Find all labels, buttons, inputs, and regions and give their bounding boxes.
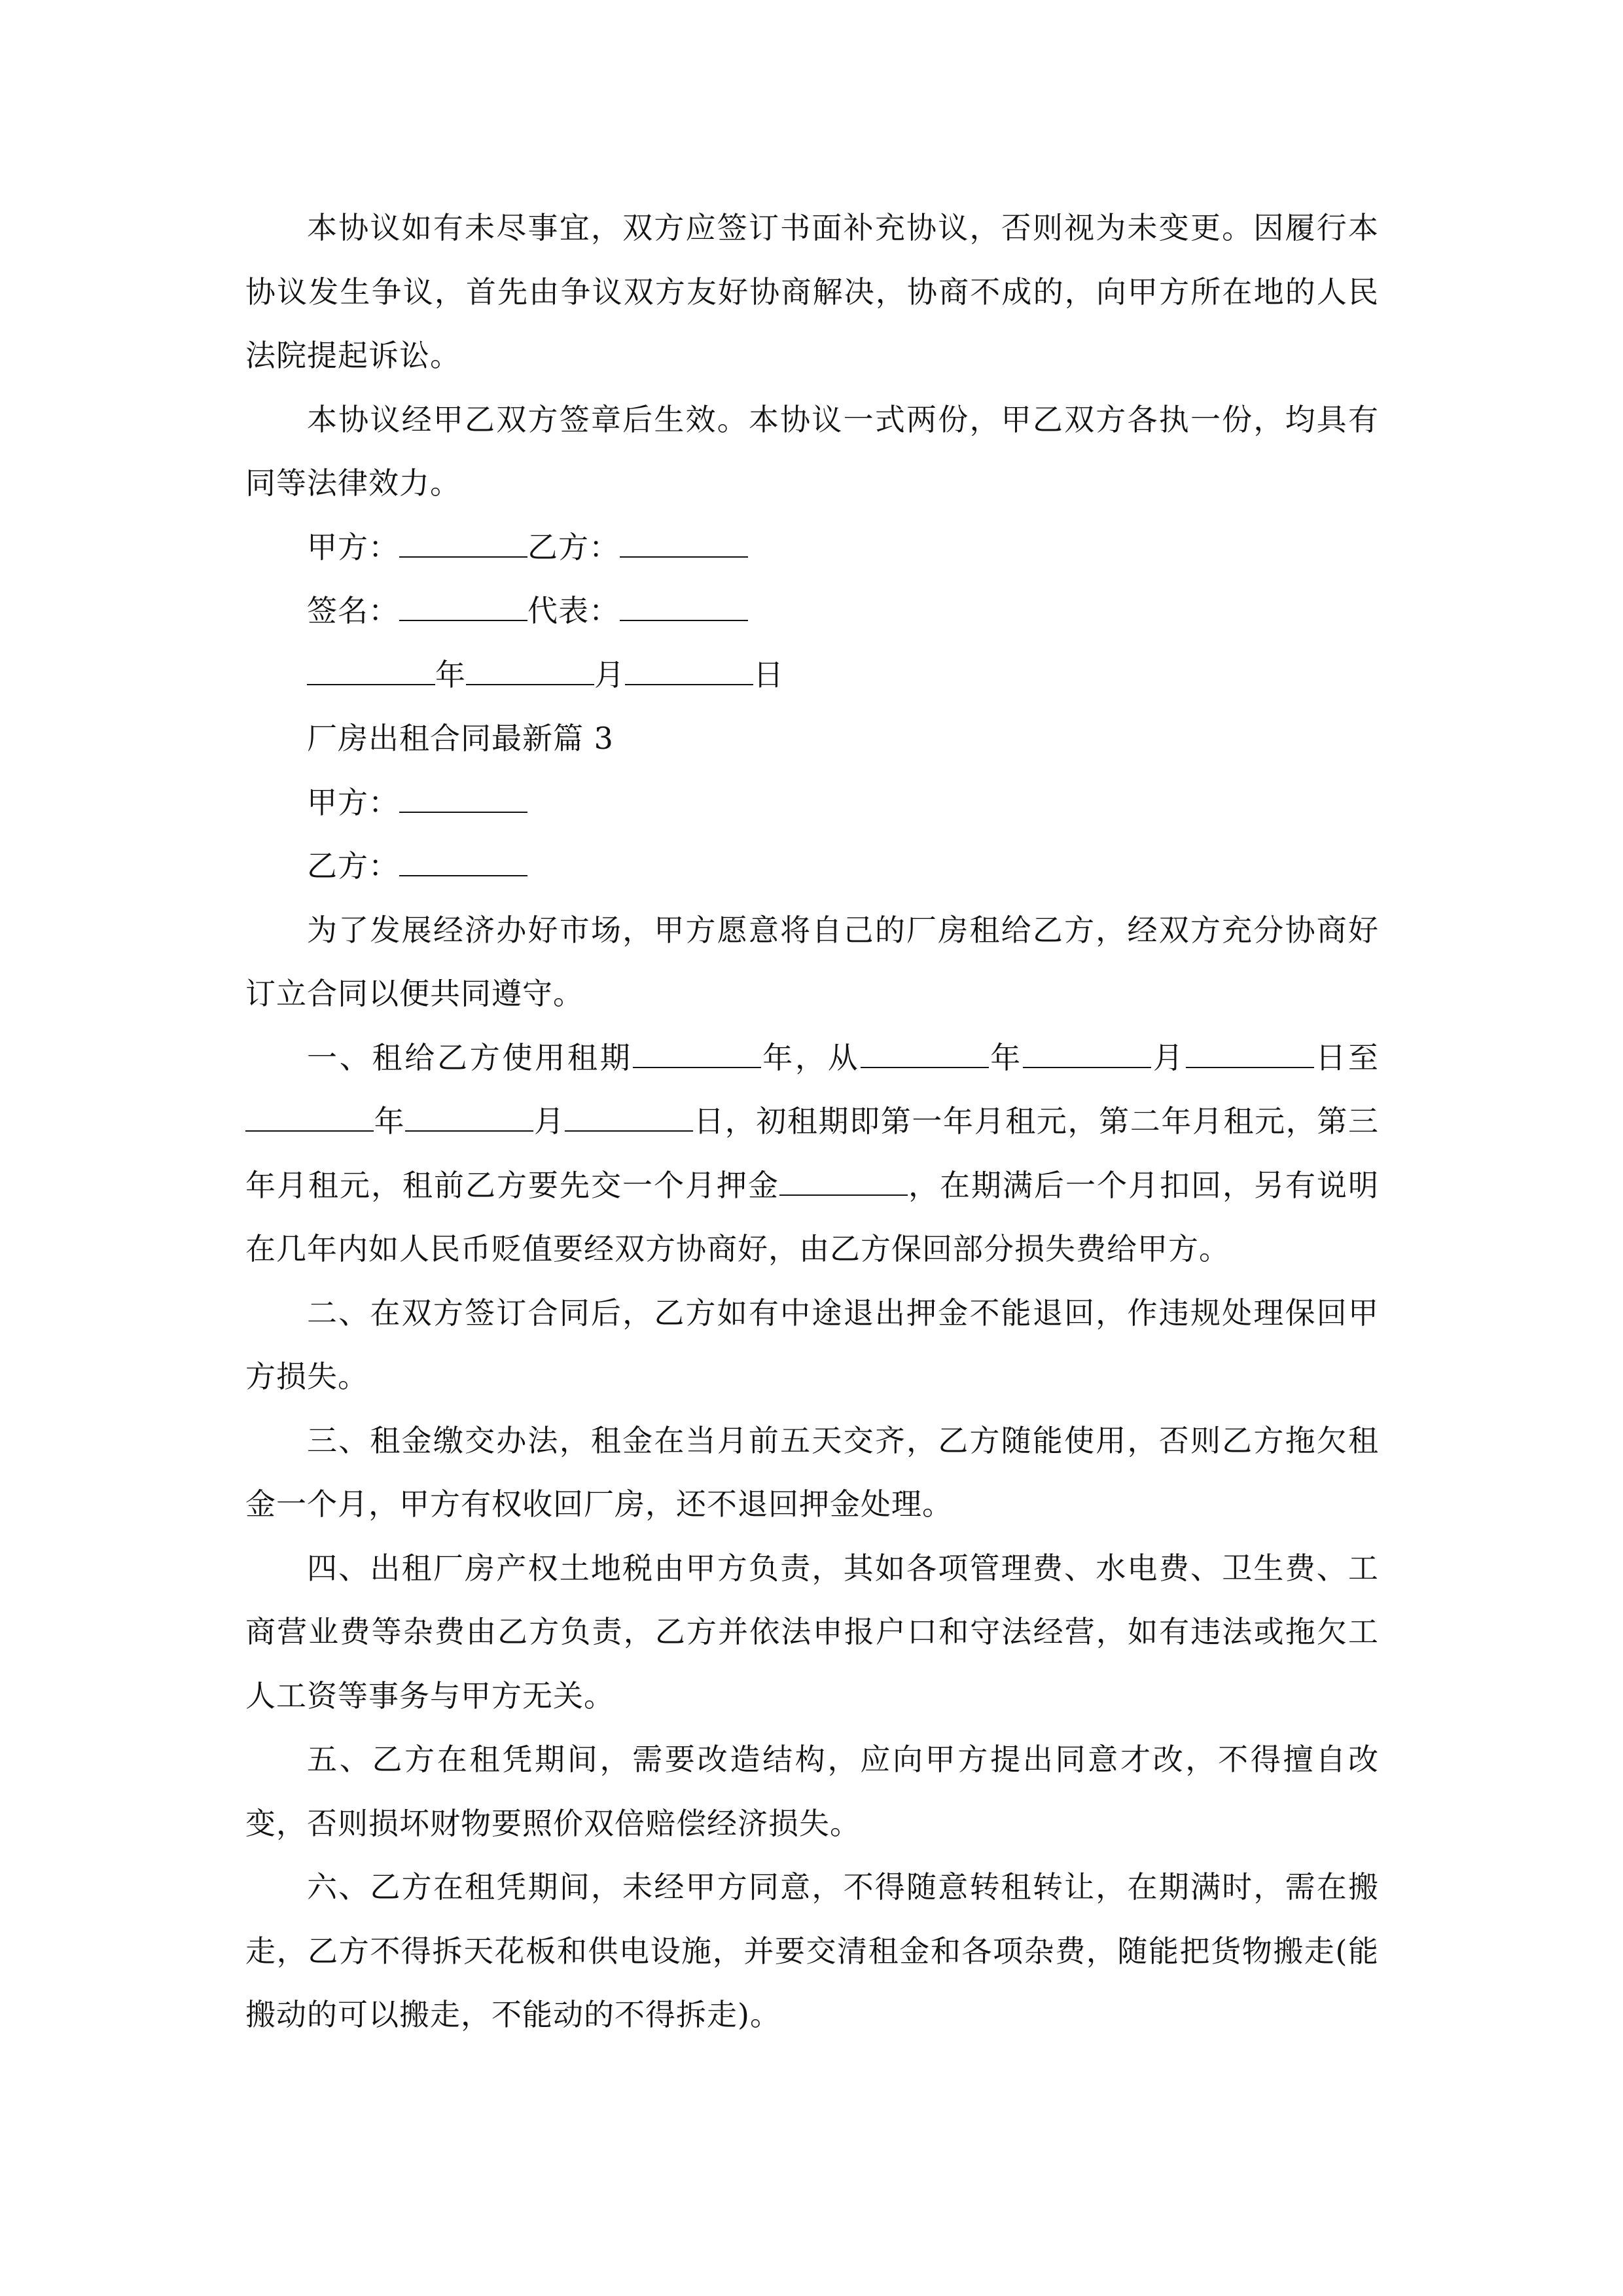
day-blank: [625, 683, 753, 685]
clause-1-text: 日至: [1314, 1040, 1380, 1075]
paragraph-intro: 为了发展经济办好市场，甲方愿意将自己的厂房租给乙方，经双方充分协商好订立合同以便…: [245, 899, 1379, 1026]
party-b-label: 乙方：: [527, 529, 620, 565]
clause-5: 五、乙方在租凭期间，需要改造结构，应向甲方提出同意才改，不得擅自改变，否则损坏财…: [245, 1728, 1379, 1856]
party-b-blank: [620, 556, 748, 558]
lease-term-blank: [633, 1066, 761, 1068]
month-label: 月: [594, 657, 625, 692]
clause-1-text: 一、租给乙方使用租期: [307, 1040, 633, 1075]
clause-1: 一、租给乙方使用租期年，从年月日至年月日，初租期即第一年月租元，第二年月租元，第…: [245, 1026, 1379, 1282]
section-title: 厂房出租合同最新篇 3: [245, 707, 1379, 771]
month-blank: [466, 683, 594, 685]
rep-blank: [620, 619, 748, 621]
party-a-blank: [399, 556, 527, 558]
clause-6: 六、乙方在租凭期间，未经甲方同意，不得随意转租转让，在期满时，需在搬走，乙方不得…: [245, 1856, 1379, 2047]
sign-blank: [399, 619, 527, 621]
clause-3: 三、租金缴交办法，租金在当月前五天交齐，乙方随能使用，否则乙方拖欠租金一个月，甲…: [245, 1409, 1379, 1537]
contract-party-b-label: 乙方：: [307, 848, 399, 884]
start-month-blank: [1023, 1066, 1151, 1068]
end-day-blank: [565, 1130, 693, 1132]
clause-1-text: 年，从: [761, 1040, 861, 1075]
start-day-blank: [1186, 1066, 1314, 1068]
signature-row-parties: 甲方：乙方：: [245, 516, 1379, 580]
clause-1-text: 月: [1151, 1040, 1186, 1075]
end-year-blank: [245, 1130, 374, 1132]
party-a-label: 甲方：: [307, 529, 399, 565]
signature-row-date: 年月日: [245, 643, 1379, 708]
signature-row-sign: 签名：代表：: [245, 579, 1379, 643]
contract-party-a-label: 甲方：: [307, 785, 399, 820]
clause-1-text: 日，初租期即第一年月租元，第二年月租元，第: [693, 1103, 1348, 1139]
contract-party-a-blank: [399, 811, 527, 813]
rep-label: 代表：: [527, 593, 620, 628]
clause-1-text: 年: [989, 1040, 1024, 1075]
contract-party-b-row: 乙方：: [245, 834, 1379, 899]
contract-party-b-blank: [399, 874, 527, 876]
sign-label: 签名：: [307, 593, 399, 628]
end-month-blank: [405, 1130, 533, 1132]
document-page: 本协议如有未尽事宜，双方应签订书面补充协议，否则视为未变更。因履行本协议发生争议…: [245, 196, 1379, 2047]
clause-2: 二、在双方签订合同后，乙方如有中途退出押金不能退回，作违规处理保回甲方损失。: [245, 1282, 1379, 1409]
clause-1-text: 年: [374, 1103, 405, 1139]
contract-party-a-row: 甲方：: [245, 771, 1379, 835]
year-blank: [307, 683, 435, 685]
day-label: 日: [753, 657, 784, 692]
paragraph-effectiveness: 本协议经甲乙双方签章后生效。本协议一式两份，甲乙双方各执一份，均具有同等法律效力…: [245, 388, 1379, 516]
clause-4: 四、出租厂房产权土地税由甲方负责，其如各项管理费、水电费、卫生费、工商营业费等杂…: [245, 1537, 1379, 1729]
start-year-blank: [861, 1066, 989, 1068]
clause-1-text: ，在期满后一个月扣回，另有: [908, 1168, 1317, 1203]
clause-1-text: 月: [533, 1103, 565, 1139]
year-label: 年: [435, 657, 466, 692]
deposit-blank: [779, 1194, 908, 1196]
paragraph-supplementary-agreement: 本协议如有未尽事宜，双方应签订书面补充协议，否则视为未变更。因履行本协议发生争议…: [245, 196, 1379, 388]
